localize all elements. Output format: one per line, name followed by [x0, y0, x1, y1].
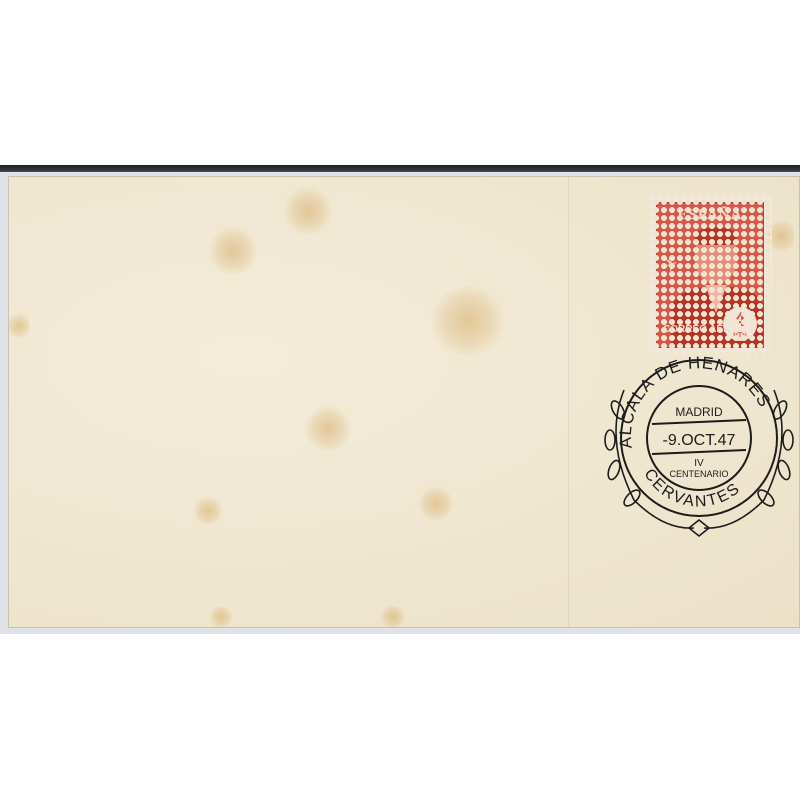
postmark-numeral: IV	[694, 458, 704, 469]
foxing-spot	[418, 486, 454, 522]
foxing-spot	[303, 406, 353, 451]
foxing-spot	[208, 226, 258, 276]
stamp-country: ESPAÑA	[657, 207, 763, 224]
postmark-date: -9.OCT.47	[663, 432, 736, 449]
stamp-design: ESPAÑA ✈ CORREO AEREO 4 PTS	[656, 202, 764, 348]
postmark-city: MADRID	[675, 405, 723, 419]
foxing-spot	[8, 311, 30, 341]
commemorative-postmark: ALCALA DE HENARES CERVANTES MADRID -9.OC…	[594, 330, 800, 540]
airplane-icon: ✈	[660, 253, 681, 278]
foxing-spot	[428, 286, 508, 356]
foxing-spot	[378, 606, 408, 628]
envelope-fold	[568, 176, 569, 628]
foxing-spot	[283, 186, 333, 236]
foxing-spot	[208, 606, 234, 628]
stamp-value-number: 4	[734, 309, 745, 331]
postmark-event: CENTENARIO	[669, 469, 728, 479]
portrait-hair	[695, 227, 737, 245]
foxing-spot	[193, 496, 223, 526]
